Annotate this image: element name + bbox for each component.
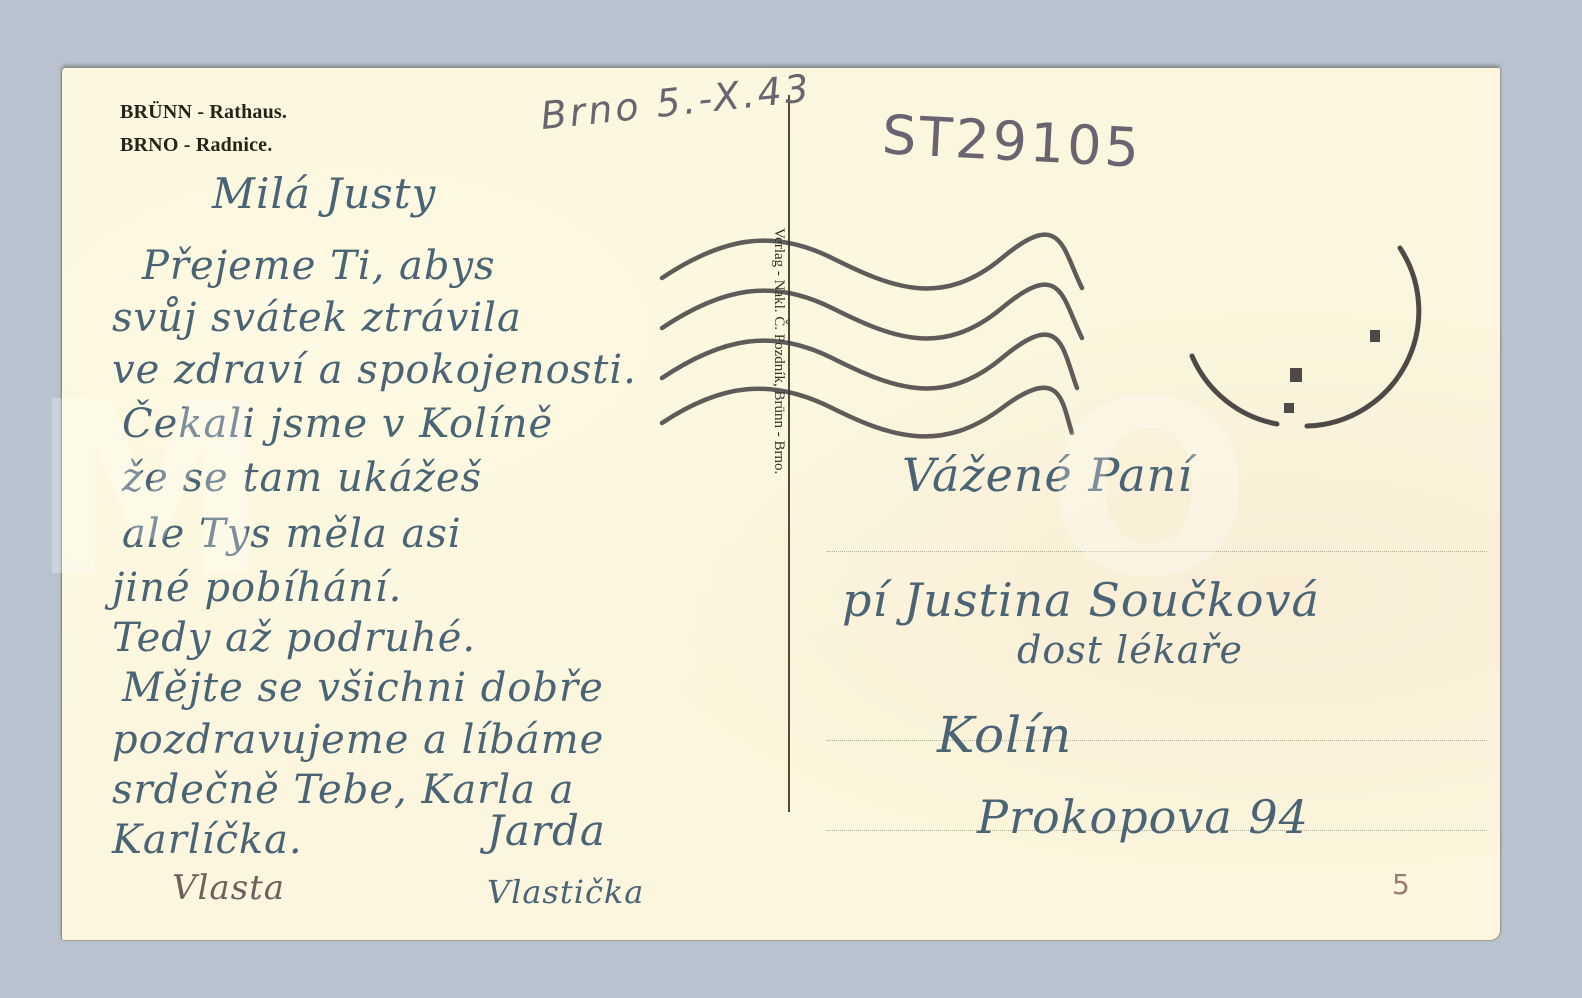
postmark-circle-icon bbox=[1172, 238, 1432, 438]
address-recipient-name: pí Justina Součková bbox=[842, 573, 1320, 627]
center-divider bbox=[788, 95, 790, 812]
message-line: ve zdraví a spokojenosti. bbox=[112, 344, 637, 396]
message-line: Mějte se všichni dobře bbox=[122, 662, 604, 714]
printed-caption-german: BRÜNN - Rathaus. bbox=[120, 101, 287, 124]
message-line: Čekali jsme v Kolíně bbox=[122, 398, 553, 450]
message-line: že se tam ukážeš bbox=[122, 452, 482, 504]
signature-vlasta: Vlasta bbox=[172, 868, 285, 908]
address-line-1 bbox=[827, 551, 1487, 552]
message-line: svůj svátek ztrávila bbox=[112, 292, 522, 344]
address-salutation: Vážené Paní bbox=[902, 448, 1193, 502]
signature-jarda: Jarda bbox=[487, 806, 606, 855]
wavy-cancellation-icon bbox=[642, 218, 1112, 428]
address-city: Kolín bbox=[937, 706, 1072, 764]
message-greeting: Milá Justy bbox=[212, 168, 436, 220]
pencil-corner-mark: 5 bbox=[1392, 868, 1413, 901]
message-line: pozdravujeme a líbáme bbox=[112, 714, 604, 766]
message-line: Karlíčka. bbox=[112, 814, 303, 866]
printed-caption-czech: BRNO - Radnice. bbox=[120, 134, 272, 157]
message-line: jiné pobíhání. bbox=[112, 562, 402, 614]
signature-vlasticka: Vlastička bbox=[487, 873, 644, 911]
address-line-2 bbox=[827, 740, 1487, 741]
message-line: Tedy až podruhé. bbox=[112, 612, 476, 664]
pencil-date-note: Brno 5.-X.43 bbox=[538, 66, 813, 138]
pencil-inventory-code: ST29105 bbox=[881, 103, 1144, 180]
address-line-2-text: dost lékaře bbox=[1017, 628, 1243, 672]
message-line: ale Tys měla asi bbox=[122, 508, 462, 560]
address-street: Prokopova 94 bbox=[977, 790, 1309, 844]
postcard-back: BRÜNN - Rathaus. BRNO - Radnice. Verlag … bbox=[62, 68, 1500, 940]
message-line: Přejeme Ti, abys bbox=[142, 240, 496, 292]
